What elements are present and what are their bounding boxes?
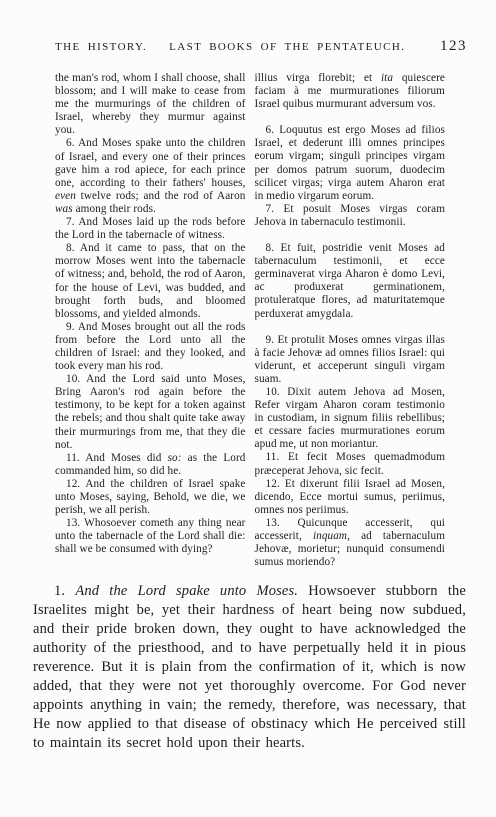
latin-verse-10: 10. Dixit autem Jehova ad Mosen, Refer v…: [255, 386, 446, 451]
latin-verse-13: 13. Quicunque accesserit, qui accesserit…: [255, 517, 446, 569]
english-verse-7: 7. And Moses laid up the rods before the…: [55, 216, 246, 242]
latin-verse-6: 6. Loquutus est ergo Moses ad filios Isr…: [255, 124, 446, 203]
commentary-paragraph: 1. And the Lord spake unto Moses. Howsoe…: [33, 582, 466, 753]
running-title-center: LAST BOOKS OF THE PENTATEUCH.: [169, 41, 405, 53]
latin-verse-7: 7. Et posuit Moses virgas coram Jehova i…: [255, 203, 446, 229]
running-title-left: THE HISTORY.: [55, 41, 147, 53]
latin-verse-11: 11. Et fecit Moses quemadmodum præcepera…: [255, 451, 446, 477]
latin-verse-8: 8. Et fuit, postridie venit Moses ad tab…: [255, 242, 446, 321]
page-number: 123: [440, 38, 467, 55]
english-verse-13: 13. Whosoever cometh any thing near unto…: [55, 517, 246, 556]
latin-verse-12: 12. Et dixerunt filii Israel ad Mosen, d…: [255, 478, 446, 517]
scripture-columns: the man's rod, whom I shall choose, shal…: [55, 72, 445, 569]
english-verse-10: 10. And the Lord said unto Moses, Bring …: [55, 373, 246, 452]
book-page: THE HISTORY. LAST BOOKS OF THE PENTATEUC…: [0, 0, 496, 817]
english-verse-11: 11. And Moses did so: as the Lord comman…: [55, 452, 246, 478]
latin-column: illius virga florebit; et ita quiescere …: [255, 72, 446, 569]
running-head: THE HISTORY. LAST BOOKS OF THE PENTATEUC…: [55, 38, 467, 55]
commentary-section: 1. And the Lord spake unto Moses. Howsoe…: [33, 582, 466, 753]
english-verse-12: 12. And the children of Israel spake unt…: [55, 478, 246, 517]
english-column: the man's rod, whom I shall choose, shal…: [55, 72, 246, 569]
latin-verse-5-continued: illius virga florebit; et ita quiescere …: [255, 72, 446, 111]
english-verse-5-continued: the man's rod, whom I shall choose, shal…: [55, 72, 246, 137]
english-verse-6: 6. And Moses spake unto the children of …: [55, 137, 246, 216]
english-verse-8: 8. And it came to pass, that on the morr…: [55, 242, 246, 321]
latin-verse-9: 9. Et protulit Moses omnes virgas illas …: [255, 334, 446, 386]
english-verse-9: 9. And Moses brought out all the rods fr…: [55, 321, 246, 373]
